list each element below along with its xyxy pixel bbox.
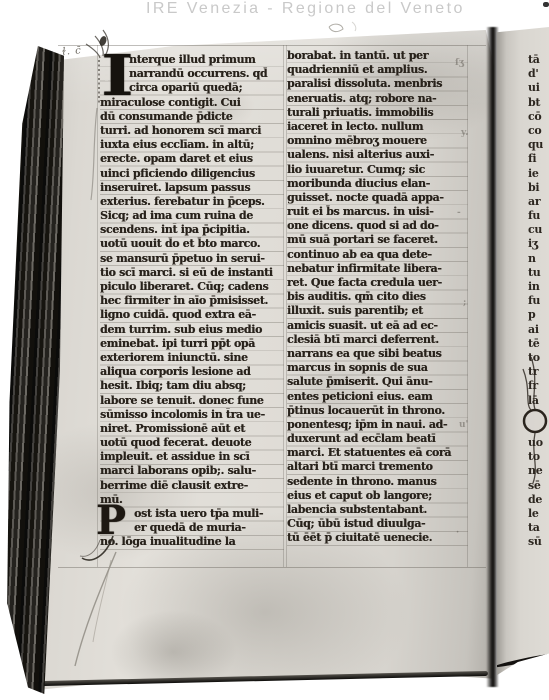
text-column-left: nterque illud primumnarrandū occurrens. …	[100, 53, 284, 550]
text-line: sedente in throno. manus	[287, 475, 468, 489]
text-fragment: ta	[497, 521, 549, 535]
text-fragment: bi	[497, 181, 549, 195]
text-fragment: p	[497, 308, 549, 322]
text-line: ost ista uero tp̄a muli-	[100, 507, 284, 521]
text-line: er quedā de muria-	[100, 521, 284, 535]
text-line: aliqua corporis lesione ad	[100, 365, 284, 379]
text-fragment: n	[497, 252, 549, 266]
text-line: moribunda diucius elan-	[287, 177, 468, 191]
text-line: turri. ad honorem scī marci	[100, 124, 284, 138]
bleed-mark: ſʒ	[455, 58, 464, 68]
text-line: turali priuatis. immobilis	[287, 106, 468, 120]
text-fragment: cu	[497, 223, 549, 237]
text-fragment: ai	[497, 323, 549, 337]
text-fragment: bt	[497, 96, 549, 110]
text-line: guisset. nocte quadā appa-	[287, 191, 468, 205]
bleed-mark: y.	[461, 128, 468, 138]
text-line: uotū quod fecerat. deuote	[100, 436, 284, 450]
text-line: ligno cuidā. quod extra eā-	[100, 308, 284, 322]
text-line: hesit. Ibiq; tam diu absq;	[100, 379, 284, 393]
text-line: duxerunt ad ecc̄lam beatī	[287, 432, 468, 446]
text-line: labore se tenuit. donec fune	[100, 394, 284, 408]
drop-cap-initial-p: P	[96, 504, 126, 538]
text-line: amicis suasit. ut eā ad ec-	[287, 319, 468, 333]
text-line: no. lōga inualitudine la	[100, 535, 284, 549]
text-line: Sicq; ad ima cum ruina de	[100, 209, 284, 223]
text-line: iuxta eius ecclīam. in altū;	[100, 138, 284, 152]
text-line: lio iuuaretur. Cumq; sic	[287, 163, 468, 177]
watermark-text: IRE Venezia - Regione del Veneto	[146, 0, 465, 18]
text-line: inseruiret. lapsum passus	[100, 181, 284, 195]
manuscript-photo: IRE Venezia - Regione del Veneto ɫ. c̄ n…	[0, 0, 549, 700]
text-line: iaceret in lecto. nullum	[287, 120, 468, 134]
facing-page-sliver: tād'uibtcōcoqufiiebiarfucuiʒntuinfupaitē…	[497, 27, 549, 683]
text-line: one dicens. quod si ad do-	[287, 219, 468, 233]
text-line: salute p̄miserit. Qui ānu-	[287, 375, 468, 389]
ruling-line-bottom	[58, 567, 486, 568]
text-line: marcus in sopnis de sua	[287, 361, 468, 375]
facing-page-bottom-edge	[497, 652, 549, 669]
text-line: ualens. nisi alterius auxi-	[287, 148, 468, 162]
bleed-mark: -	[457, 208, 461, 218]
text-line: scendens. int̄ ipa p̄cipitia.	[100, 223, 284, 237]
text-fragment: cō	[497, 110, 549, 124]
text-line: erecte. opam daret et eius	[100, 152, 284, 166]
flourished-initial	[509, 349, 549, 489]
text-line: paralisi dissoluta. menbris	[287, 77, 468, 91]
text-fragment: qu	[497, 138, 549, 152]
text-fragment: ar	[497, 195, 549, 209]
text-fragment: ie	[497, 167, 549, 181]
text-line: borabat. in tantū. ut per	[287, 49, 468, 63]
text-line: ruit ei b̄s marcus. in uisi-	[287, 205, 468, 219]
text-fragment: tā	[497, 53, 549, 67]
text-line: nebatur infirmitate libera-	[287, 262, 468, 276]
text-fragment: le	[497, 507, 549, 521]
text-line: clesiā btī marci deferrent.	[287, 333, 468, 347]
text-fragment: de	[497, 493, 549, 507]
text-line: exteriorem iniunctū. sine	[100, 351, 284, 365]
text-fragment: fi	[497, 152, 549, 166]
text-fragment: co	[497, 124, 549, 138]
bleed-mark: u'	[459, 420, 468, 430]
text-line: p̄tinus locauerūt in throno.	[287, 404, 468, 418]
text-line: illuxit. suis parentib; et	[287, 304, 468, 318]
text-line: se mansurū p̄petuo in serui-	[100, 252, 284, 266]
page-squiggle	[329, 22, 356, 32]
text-line: eius et caput ob langore;	[287, 489, 468, 503]
text-fragment: d'	[497, 67, 549, 81]
text-fragment: fu	[497, 209, 549, 223]
text-fragment: tu	[497, 266, 549, 280]
text-line: mū suā portari se faceret.	[287, 233, 468, 247]
text-line: piculo liberaret. Cūq; cadens	[100, 280, 284, 294]
drop-cap-ornament	[105, 59, 108, 93]
text-fragment: in	[497, 280, 549, 294]
text-line: sūmisso incolomis in t̄ra ue-	[100, 408, 284, 422]
text-line: tū ēēt p̄ ciuitatē uenecie.	[287, 531, 468, 545]
text-line: labencia substentabant.	[287, 503, 468, 517]
text-line: quadrienniū et amplius.	[287, 63, 468, 77]
corner-speck	[543, 2, 549, 7]
text-line: continuo ab ea qua dete-	[287, 248, 468, 262]
text-line: dū consumande p̄dicte	[100, 110, 284, 124]
text-line: mū.	[100, 493, 284, 507]
bleed-mark: ;	[463, 298, 466, 308]
text-line: eminebat. ipi turri pp̄t opā	[100, 337, 284, 351]
text-line: altari btī marci tremento	[287, 460, 468, 474]
text-line: impleuit. et assidue in scī	[100, 450, 284, 464]
text-line: narrans ea que sibi beatus	[287, 347, 468, 361]
text-fragment: fu	[497, 294, 549, 308]
text-line: eneruatis. atq; robore na-	[287, 92, 468, 106]
text-line: omnino mēbroʒ mouere	[287, 134, 468, 148]
text-line: niret. Promissionē aūt et	[100, 422, 284, 436]
text-line: hec firmiter in aīo p̄misisset.	[100, 294, 284, 308]
text-line: tio scī marci. si eū de instanti	[100, 266, 284, 280]
text-line: ponentesq; ip̄m in naui. ad-	[287, 418, 468, 432]
ruling-line-vertical	[97, 45, 98, 567]
text-line: dem turrim. sub eius medio	[100, 323, 284, 337]
text-line: entes peticioni eius. eam	[287, 390, 468, 404]
text-line: uinci pficiendo diligencius	[100, 167, 284, 181]
text-column-right: borabat. in tantū. ut perquadrienniū et …	[287, 49, 468, 546]
text-line: uotū uouit d̄o et b̄to marco.	[100, 237, 284, 251]
text-line: ret. Que facta credula uer-	[287, 276, 468, 290]
text-fragment: ui	[497, 81, 549, 95]
text-line: marci laborans opib;. salu-	[100, 464, 284, 478]
text-line: marci. Et statuentes eā corā	[287, 446, 468, 460]
margin-note: ɫ. c̄	[62, 45, 82, 57]
text-line: bis auditis. qm̄ cito dies	[287, 290, 468, 304]
text-line: Cūq; ūbū istud diuulga-	[287, 517, 468, 531]
text-line: exterius. ferebatur in p̄ceps.	[100, 195, 284, 209]
text-line: berrime diē clausit extre-	[100, 479, 284, 493]
text-fragment: iʒ	[497, 237, 549, 251]
bleed-mark: ·	[456, 528, 459, 538]
text-fragment: sū	[497, 535, 549, 549]
